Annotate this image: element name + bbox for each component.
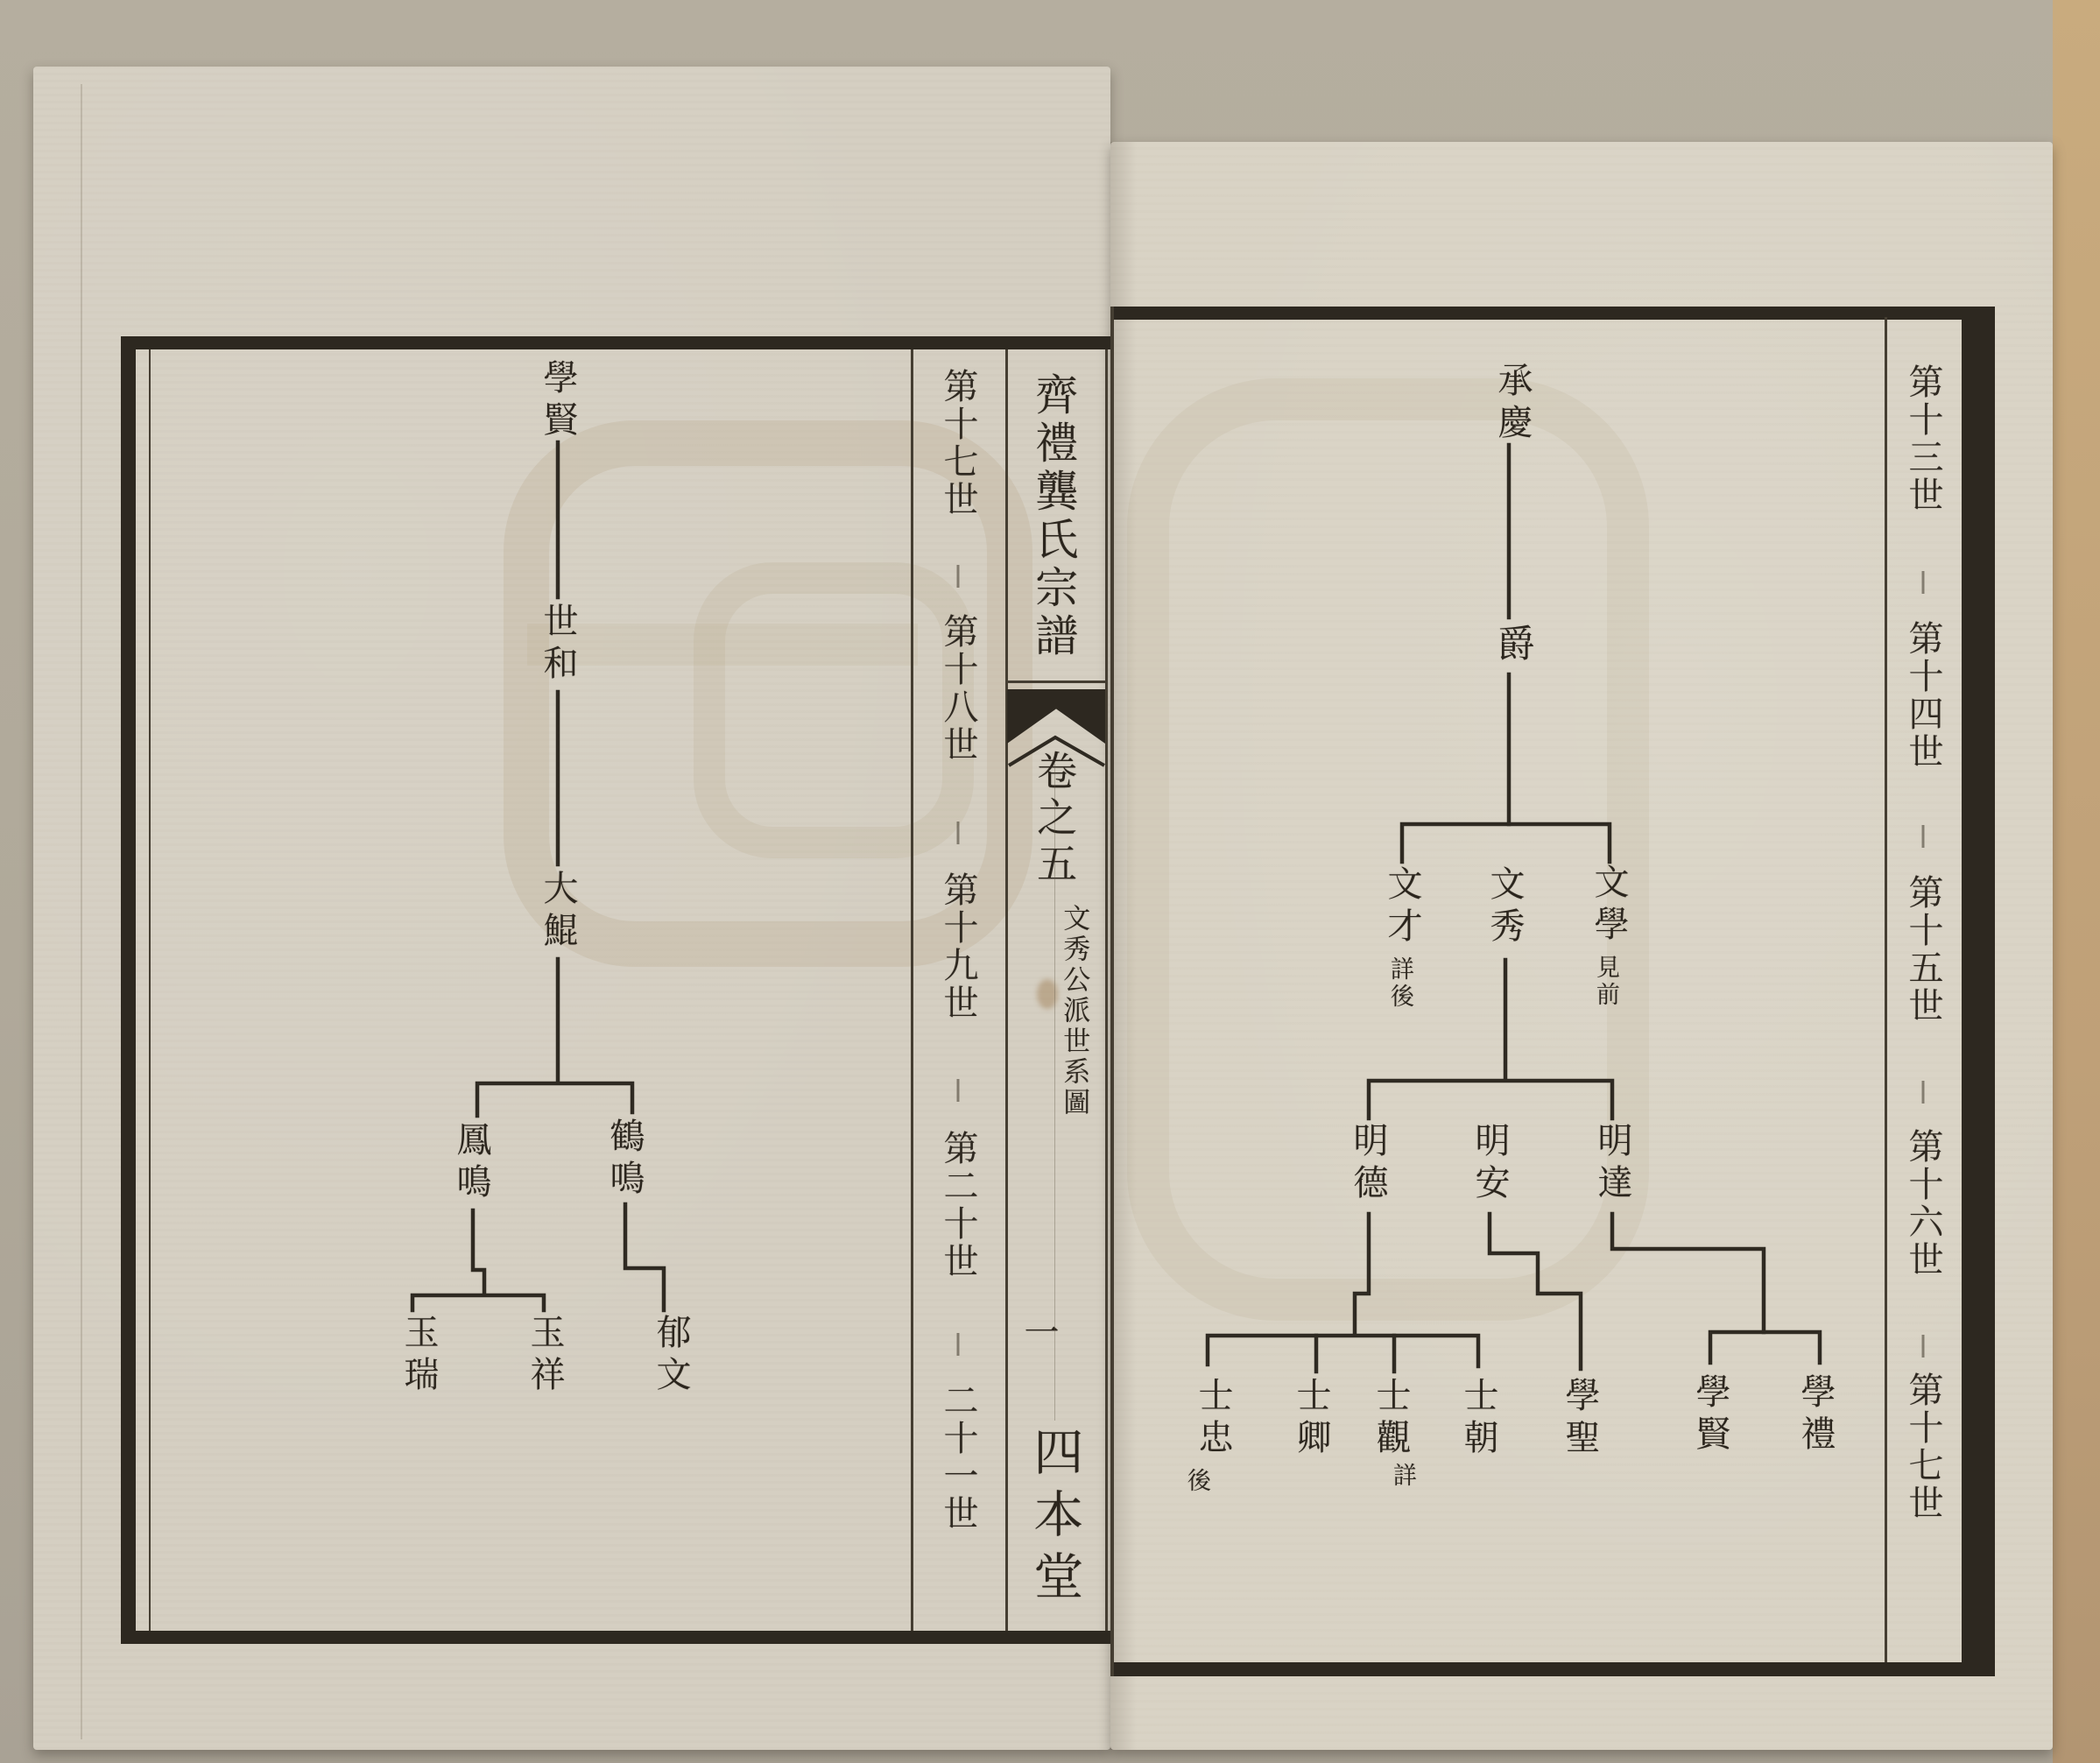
tree-node-xuexian-right: 學賢 [1692,1373,1729,1457]
tree-node-heming: 鶴鳴 [606,1118,643,1202]
tree-node-wenxue: 文學 [1590,864,1627,948]
tree-node-wenxiu: 文秀 [1486,865,1523,949]
tree-node-shizhong: 士忠 [1194,1377,1231,1461]
generation-divider-tick [1922,1081,1925,1104]
tree-node-shizhong-note: 後 [1181,1468,1211,1495]
right-generation-label-14: 第十四世 [1905,620,1941,771]
right-generation-label-16: 第十六世 [1905,1128,1941,1279]
left-generation-label-18: 第十八世 [940,613,976,764]
tree-node-mingda: 明達 [1594,1122,1631,1206]
spine-page-number: 一 [1020,1314,1057,1349]
right-generation-label-15: 第十五世 [1905,874,1941,1025]
spine-volume-label: 卷之五 [1032,750,1075,889]
tree-node-yurui: 玉瑞 [400,1314,437,1398]
tree-node-shiqing: 士卿 [1293,1377,1329,1461]
generation-divider-tick [1922,1335,1925,1358]
tree-node-wenxue-note: 見前 [1590,955,1620,995]
generation-divider-tick [957,1333,960,1356]
generation-divider-tick [957,822,960,844]
generation-divider-tick [957,565,960,588]
generation-divider-tick [957,1079,960,1102]
tree-node-xuesheng: 學聖 [1561,1377,1598,1461]
tree-node-shihe: 世和 [539,603,576,687]
tree-node-mingan: 明安 [1471,1122,1508,1206]
right-generation-label-17: 第十七世 [1905,1372,1941,1522]
tree-node-dakun: 大鯤 [539,870,576,954]
generation-divider-tick [1922,571,1925,594]
spine-fold-line [1054,764,1055,1421]
tree-node-wencai: 文才 [1384,865,1420,949]
tree-node-shiguan-note: 詳 [1387,1463,1417,1490]
left-generation-label-19: 第十九世 [940,871,976,1022]
tree-node-wencai-note: 詳後 [1385,956,1414,997]
tree-node-xuexian-left: 學賢 [539,359,576,443]
tree-node-xueli: 學禮 [1797,1373,1834,1457]
tree-node-fengming: 鳳鳴 [453,1121,490,1205]
generation-divider-tick [1922,825,1925,848]
tree-node-shichao: 士朝 [1460,1377,1497,1461]
tree-node-shiguan: 士觀 [1372,1377,1409,1461]
tree-node-mingde: 明德 [1349,1122,1386,1206]
left-generation-label-20: 第二十世 [940,1130,976,1280]
tree-node-yuwen: 郁文 [652,1314,689,1398]
tree-node-yuxiang: 玉祥 [526,1314,563,1398]
spine-hall-mark: 四本堂 [1027,1426,1080,1612]
tree-node-jue: 爵 [1492,624,1532,668]
left-generation-label-21: 二十一世 [940,1382,976,1533]
spine-chart-title: 文秀公派世系圖 [1060,904,1089,1118]
right-generation-label-13: 第十三世 [1905,363,1941,514]
tree-node-chengqing: 承慶 [1494,362,1531,446]
left-generation-label-17: 第十七世 [940,368,976,518]
